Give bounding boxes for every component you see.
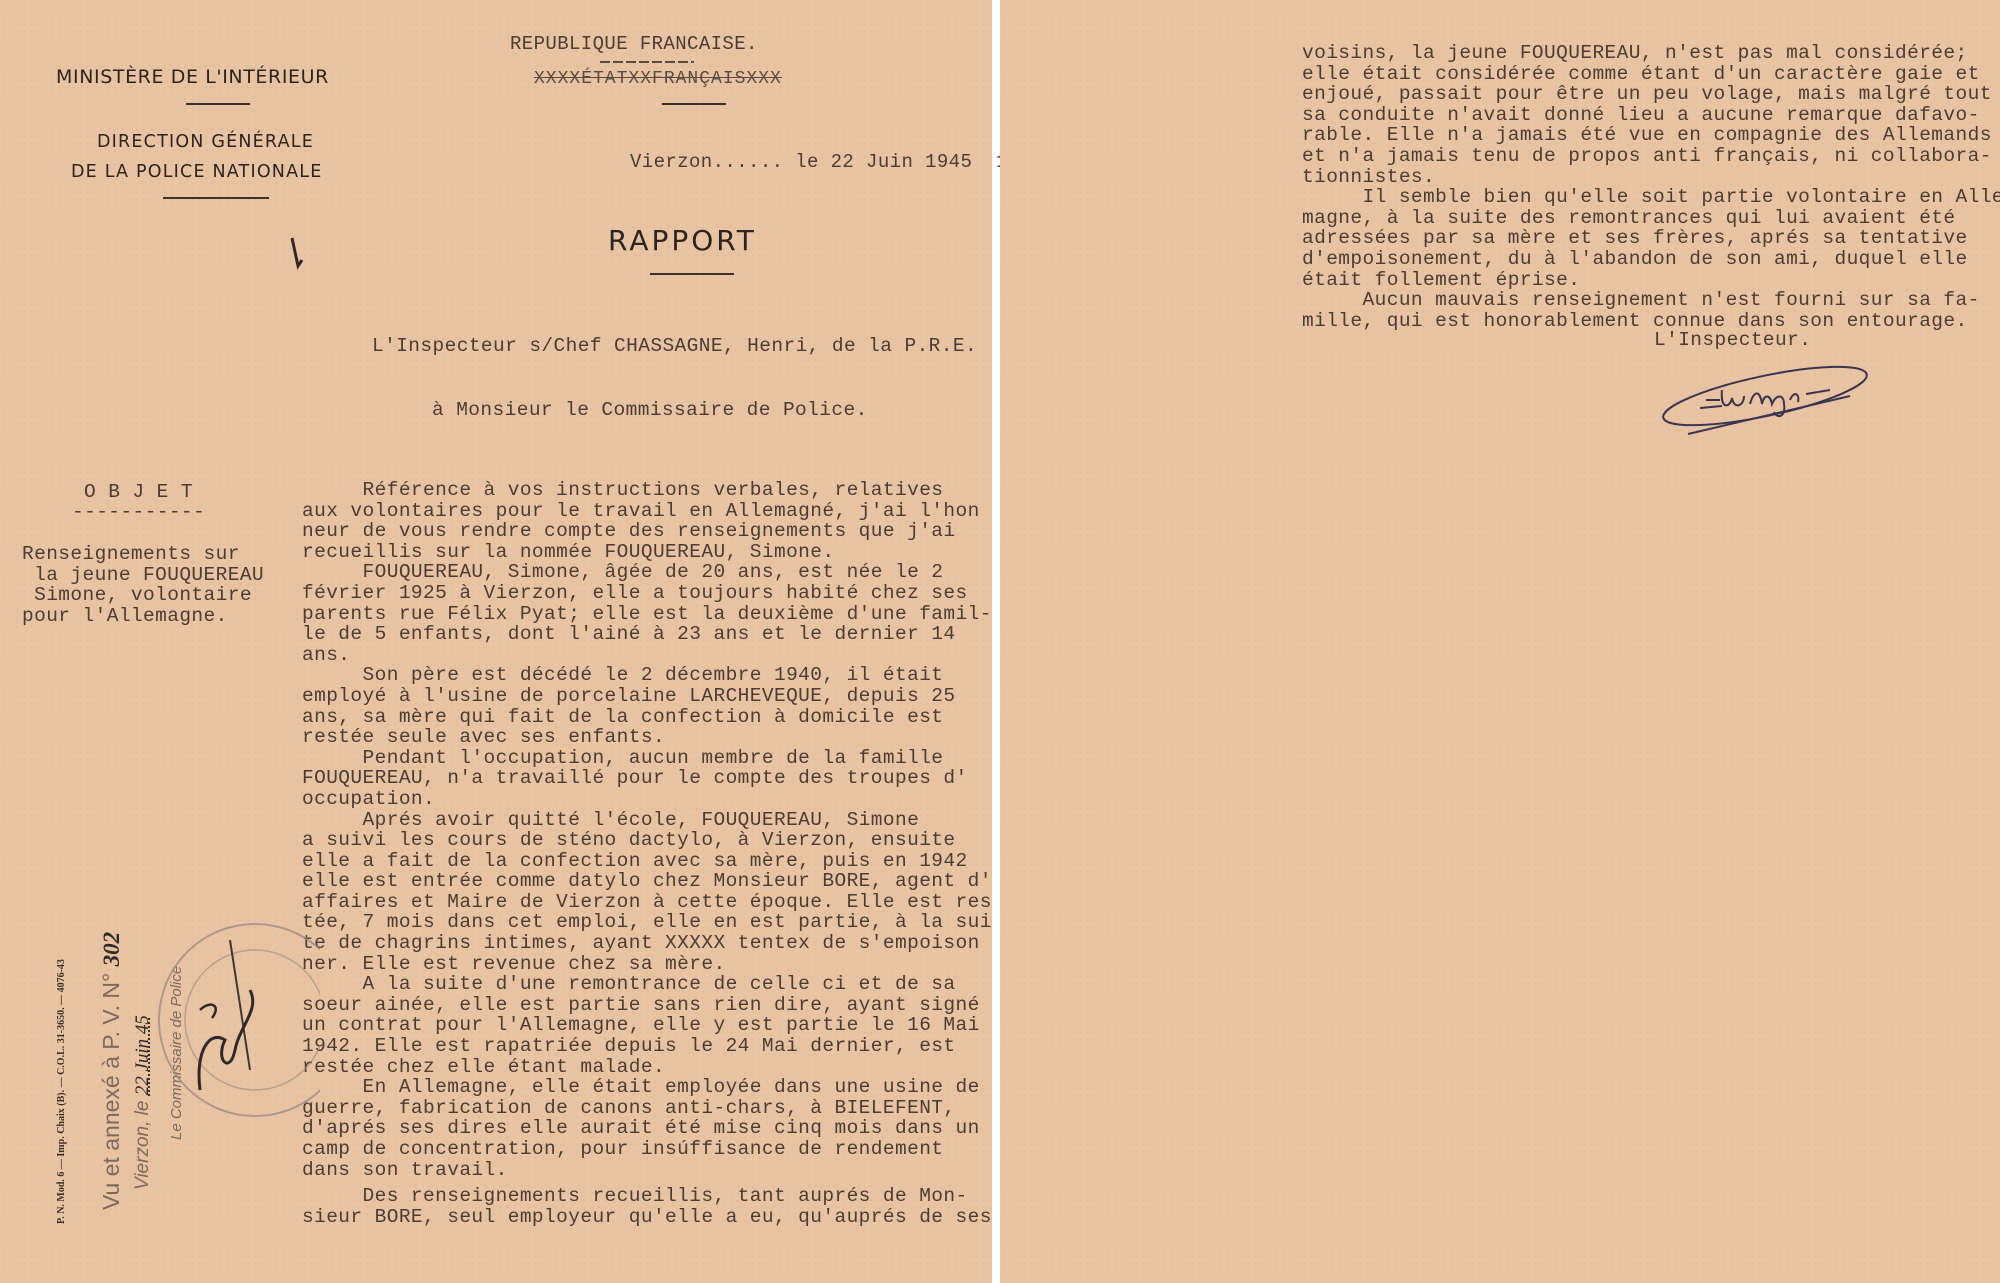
objet-heading: O B J E T <box>84 482 193 503</box>
body-line: rable. Elle n'a jamais été vue en compag… <box>1302 125 2000 146</box>
pen-mark-icon <box>288 236 308 270</box>
body-line: elle était considérée comme étant d'un c… <box>1302 64 2000 85</box>
body-line: camp de concentration, pour insúffisance… <box>302 1139 992 1160</box>
dashed-divider <box>600 61 694 63</box>
republic-heading: REPUBLIQUE FRANCAISE. <box>510 34 758 55</box>
body-line: Il semble bien qu'elle soit partie volon… <box>1302 187 2000 208</box>
body-line: affaires et Maire de Vierzon à cette épo… <box>302 892 992 913</box>
body-line: elle a fait de la confection avec sa mèr… <box>302 851 992 872</box>
body-line: soeur ainée, elle est partie sans rien d… <box>302 995 992 1016</box>
body-line: ans. <box>302 645 992 666</box>
body-line: adressées par sa mère et ses frères, apr… <box>1302 228 2000 249</box>
annex-number: 302 <box>99 932 124 967</box>
body-line: tée, 7 mois dans cet emploi, elle en est… <box>302 912 992 933</box>
body-line: était follement éprise. <box>1302 270 2000 291</box>
report-title: RAPPORT <box>608 224 757 257</box>
divider <box>186 103 250 105</box>
body-line: Aprés avoir quitté l'école, FOUQUEREAU, … <box>302 810 992 831</box>
body-line: sa conduite n'avait donné lieu a aucune … <box>1302 105 2000 126</box>
body-line: un contrat pour l'Allemagne, elle y est … <box>302 1015 992 1036</box>
body-line: ans, sa mère qui fait de la confection à… <box>302 707 992 728</box>
divider <box>650 273 734 275</box>
body-line: 1942. Elle est rapatriée depuis le 24 Ma… <box>302 1036 992 1057</box>
body-line: employé à l'usine de porcelaine LARCHEVE… <box>302 686 992 707</box>
objet-line: pour l'Allemagne. <box>22 606 264 627</box>
body-line: A la suite d'une remontrance de celle ci… <box>302 974 992 995</box>
objet-underline: ----------- <box>72 502 205 523</box>
form-reference: P. N. Mod. 6 — Imp. Chaix (B). — C.O.L. … <box>56 959 67 1224</box>
objet-line: Renseignements sur <box>22 544 264 565</box>
divider <box>662 103 726 105</box>
body-line: En Allemagne, elle était employée dans u… <box>302 1077 992 1098</box>
body-line: Des renseignements recueillis, tant aupr… <box>302 1186 992 1207</box>
body-line: sieur BORE, seul employeur qu'elle a eu,… <box>302 1207 992 1228</box>
body-line: Référence à vos instructions verbales, r… <box>302 480 992 501</box>
report-body: Référence à vos instructions verbales, r… <box>302 480 992 1227</box>
report-body-continued: voisins, la jeune FOUQUEREAU, n'est pas … <box>1302 43 2000 331</box>
annex-label: Vu et annexé à P. V. N° <box>98 973 124 1210</box>
objet-line: Simone, volontaire <box>22 585 264 606</box>
document-page-1: MINISTÈRE DE L'INTÉRIEUR DIRECTION GÉNÉR… <box>0 0 992 1283</box>
closing-title: L'Inspecteur. <box>1654 330 1811 351</box>
ministry-heading: MINISTÈRE DE L'INTÉRIEUR <box>56 66 329 88</box>
body-line: magne, à la suite des remontrances qui l… <box>1302 208 2000 229</box>
report-from: L'Inspecteur s/Chef CHASSAGNE, Henri, de… <box>372 336 977 357</box>
body-line: guerre, fabrication de canons anti-chars… <box>302 1098 992 1119</box>
body-line: restée chez elle étant malade. <box>302 1057 992 1078</box>
body-line: tionnistes. <box>1302 167 2000 188</box>
body-line: d'empoisonement, du à l'abandon de son a… <box>1302 249 2000 270</box>
body-line: Son père est décédé le 2 décembre 1940, … <box>302 665 992 686</box>
direction-line-2: DE LA POLICE NATIONALE <box>71 162 322 182</box>
body-line: et n'a jamais tenu de propos anti frança… <box>1302 146 2000 167</box>
body-line: mille, qui est honorablement connue dans… <box>1302 311 2000 332</box>
body-line: FOUQUEREAU, Simone, âgée de 20 ans, est … <box>302 562 992 583</box>
body-line: elle est entrée comme datylo chez Monsie… <box>302 871 992 892</box>
body-line: enjoué, passait pour être un peu volage,… <box>1302 84 2000 105</box>
body-line: a suivi les cours de sténo dactylo, à Vi… <box>302 830 992 851</box>
report-to: à Monsieur le Commissaire de Police. <box>432 400 868 421</box>
body-line: parents rue Félix Pyat; elle est la deux… <box>302 604 992 625</box>
body-line: le de 5 enfants, dont l'ainé à 23 ans et… <box>302 624 992 645</box>
police-stamp-icon <box>140 900 320 1120</box>
body-line: d'aprés ses dires elle aurait été mise c… <box>302 1118 992 1139</box>
annex-stamp: Vu et annexé à P. V. N° 302 <box>98 932 125 1210</box>
direction-line-1: DIRECTION GÉNÉRALE <box>97 132 314 152</box>
inspector-signature-icon <box>1660 360 1880 440</box>
body-line: FOUQUEREAU, n'a travaillé pour le compte… <box>302 768 992 789</box>
objet-summary: Renseignements sur la jeune FOUQUEREAU S… <box>22 544 264 626</box>
body-line: aux volontaires pour le travail en Allem… <box>302 501 992 522</box>
struck-etat-francais: XXXXÉTATXXFRANÇAISXXX <box>534 69 782 90</box>
body-line: neur de vous rendre compte des renseigne… <box>302 521 992 542</box>
objet-line: la jeune FOUQUEREAU <box>22 565 264 586</box>
document-page-2: voisins, la jeune FOUQUEREAU, n'est pas … <box>1000 0 2000 1283</box>
body-line: restée seule avec ses enfants. <box>302 727 992 748</box>
divider <box>163 197 269 199</box>
body-line: dans son travail. <box>302 1160 992 1181</box>
body-line: occupation. <box>302 789 992 810</box>
body-line: te de chagrins intimes, ayant XXXXX tent… <box>302 933 992 954</box>
body-line: ner. Elle est revenue chez sa mère. <box>302 954 992 975</box>
body-line: février 1925 à Vierzon, elle a toujours … <box>302 583 992 604</box>
body-line: Aucun mauvais renseignement n'est fourni… <box>1302 290 2000 311</box>
body-line: Pendant l'occupation, aucun membre de la… <box>302 748 992 769</box>
body-line: recueillis sur la nommée FOUQUEREAU, Sim… <box>302 542 992 563</box>
body-line: voisins, la jeune FOUQUEREAU, n'est pas … <box>1302 43 2000 64</box>
